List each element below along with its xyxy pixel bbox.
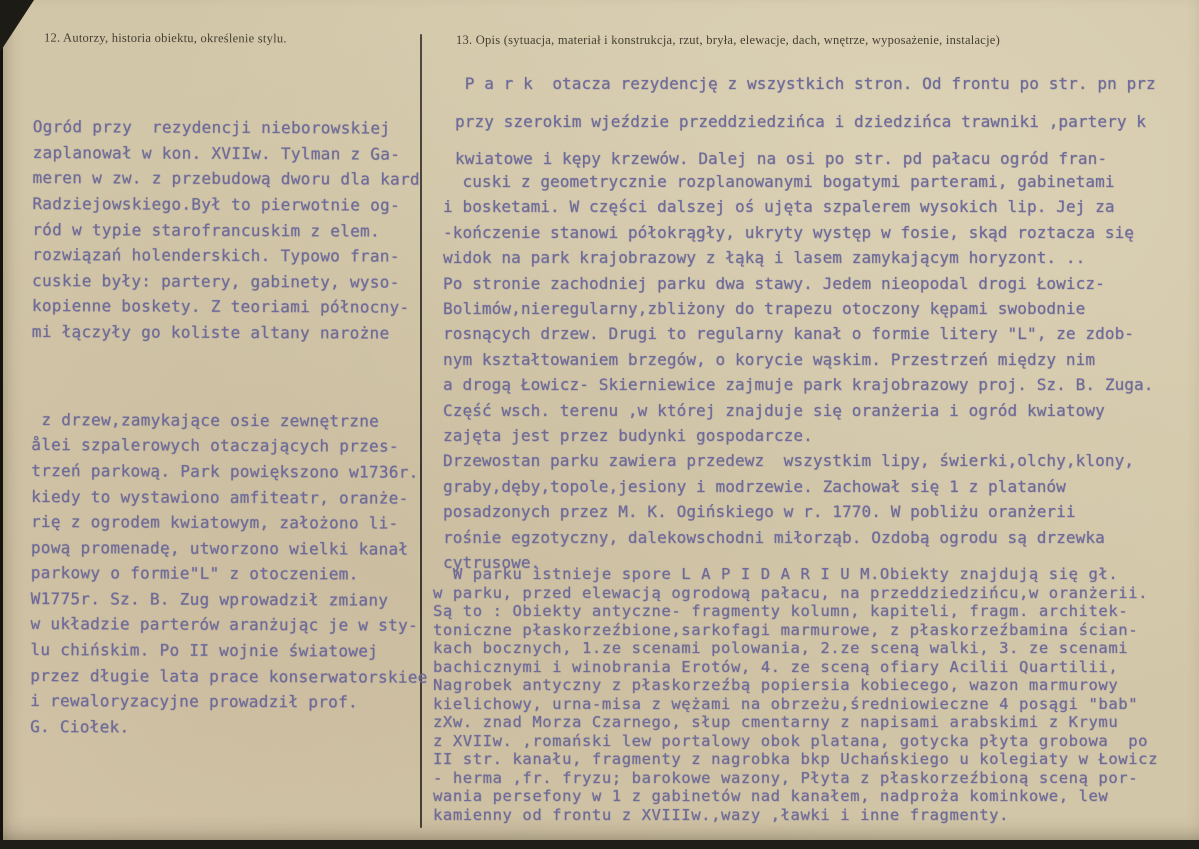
typewritten-line: bachicznymi i winobrania Erotów, 4. ze s… — [433, 658, 1158, 677]
lapidarium-paragraph: W parku istnieje spore L A P I D A R I U… — [433, 565, 1158, 824]
typewritten-line: W parku istnieje spore L A P I D A R I U… — [433, 565, 1158, 584]
typewritten-line: P a r k otacza rezydencję z wszystkich s… — [455, 65, 1156, 103]
typewritten-line: - herma ,fr. fryzu; barokowe wazony, Pły… — [433, 769, 1158, 788]
typewritten-line: kiedy to wystawiono amfiteatr, oranże- — [31, 483, 428, 510]
typewritten-line: ålei szpalerowych otaczających przes- — [31, 432, 428, 459]
typewritten-line: trzeń parkową. Park powiększono w1736r. — [31, 458, 428, 485]
typewritten-line: cuskie były: partery, gabinety, wyso- — [32, 268, 429, 295]
typewritten-line: przez długie lata prace konserwatorskiee — [30, 663, 427, 690]
description-intro-paragraph: P a r k otacza rezydencję z wszystkich s… — [455, 65, 1156, 178]
typewritten-line: Radziejowskiego.Był to pierwotnie og- — [32, 191, 429, 218]
typewritten-line: nym kształtowaniem brzegów, o korycie wą… — [443, 347, 1154, 372]
typewritten-line: zXw. znad Morza Czarnego, słup cmentarny… — [433, 713, 1158, 732]
description-body-paragraph: cuski z geometrycznie rozplanowanymi bog… — [443, 169, 1154, 576]
typewritten-line: -kończenie stanowi półokrągły, ukryty wy… — [443, 220, 1154, 245]
typewritten-line: rozwiązań holenderskich. Typowo fran- — [32, 242, 429, 269]
typewritten-line: II str. kanału, fragmenty z nagrobka bkp… — [433, 750, 1158, 769]
typewritten-line: pową promenadę, utworzono wielki kanał — [31, 535, 428, 562]
typewritten-line: cuski z geometrycznie rozplanowanymi bog… — [443, 169, 1154, 194]
history-paragraph-2: z drzew,zamykające osie zewnętrzneålei s… — [30, 407, 429, 741]
typewritten-line: Są to : Obiekty antyczne- fragmenty kolu… — [433, 602, 1158, 621]
typewritten-line: Drzewostan parku zawiera przedewz wszyst… — [443, 448, 1154, 473]
typewritten-line: z XVIIw. ,romański lew portalowy obok pl… — [433, 732, 1158, 751]
typewritten-line: posadzonych przez M. K. Ogińskiego w r. … — [443, 499, 1154, 524]
typewritten-line: kach bocznych, 1.ze scenami polowania, 2… — [433, 639, 1158, 658]
typewritten-line: i bosketami. W części dalszej oś ujęta s… — [443, 194, 1154, 219]
typewritten-line: kopienne boskety. Z teoriami północny- — [32, 293, 429, 320]
scan-bottom-edge — [0, 840, 1199, 849]
typewritten-line: zaplanował w kon. XVIIw. Tylman z Ga- — [33, 140, 430, 167]
typewritten-line: i rewaloryzacyjne prowadził prof. — [30, 688, 427, 715]
typewritten-line: rośnie egzotyczny, dalekowschodni miłorz… — [443, 525, 1154, 550]
typewritten-line: ród w typie starofrancuskim z elem. — [32, 217, 429, 244]
section-12-text-column: Ogród przy rezydencji nieborowskiejzapla… — [30, 63, 430, 767]
typewritten-line: kamienny od frontu z XVIIIw.,wazy ,ławki… — [433, 806, 1158, 825]
typewritten-line: widok na park krajobrazowy z łąką i lase… — [443, 245, 1154, 270]
typewritten-line: parkowy o formie"L" z otoczeniem. — [31, 560, 428, 587]
typewritten-line: mi łączyły go koliste altany narożne — [32, 319, 429, 346]
typewritten-line: w parku, przed elewacją ogrodową pałacu,… — [433, 584, 1158, 603]
typewritten-line: Po stronie zachodniej parku dwa stawy. J… — [443, 271, 1154, 296]
typewritten-line: meren w zw. z przebudową dworu dla kard — [32, 165, 429, 192]
typewritten-line: Ogród przy rezydencji nieborowskiej — [33, 114, 430, 141]
typewritten-line: zajęta jest przez budynki gospodarcze. — [443, 423, 1154, 448]
typewritten-line: G. Ciołek. — [30, 714, 427, 741]
typewritten-line: a drogą Łowicz- Skierniewice zajmuje par… — [443, 372, 1154, 397]
typewritten-line: z drzew,zamykające osie zewnętrzne — [31, 407, 428, 434]
typewritten-line: Bolimów,nieregularny,zbliżony do trapezu… — [443, 296, 1154, 321]
section-12-header: 12. Autorzy, historia obiektu, określeni… — [44, 31, 287, 47]
typewritten-line: lu chińskim. Po II wojnie światowej — [30, 637, 427, 664]
typewritten-line: graby,dęby,topole,jesiony i modrzewie. Z… — [443, 474, 1154, 499]
typewritten-line: Nagrobek antyczny z płaskorzeźbą popiers… — [433, 676, 1158, 695]
typewritten-line: kielichowy, urna-misa z wężami na obrzeż… — [433, 695, 1158, 714]
typewritten-line: przy szerokim wjeździe przeddziedzińca i… — [455, 103, 1156, 141]
typewritten-line: W1775r. Sz. B. Zug wprowadził zmiany — [31, 586, 428, 613]
section-13-header: 13. Opis (sytuacja, materiał i konstrukc… — [456, 33, 1000, 48]
typewritten-line: toniczne płaskorzeźbione,sarkofagi marmu… — [433, 621, 1158, 640]
history-paragraph-1: Ogród przy rezydencji nieborowskiejzapla… — [32, 114, 430, 346]
typewritten-line: rosnących drzew. Drugi to regularny kana… — [443, 321, 1154, 346]
typewritten-line: Część wsch. terenu ,w której znajduje si… — [443, 398, 1154, 423]
typewritten-line: wania persefony w 1 z gabinetów nad kana… — [433, 787, 1158, 806]
typewritten-line: w układzie parterów aranżując je w sty- — [30, 611, 427, 638]
typewritten-line: rię z ogrodem kwiatowym, założono li- — [31, 509, 428, 536]
